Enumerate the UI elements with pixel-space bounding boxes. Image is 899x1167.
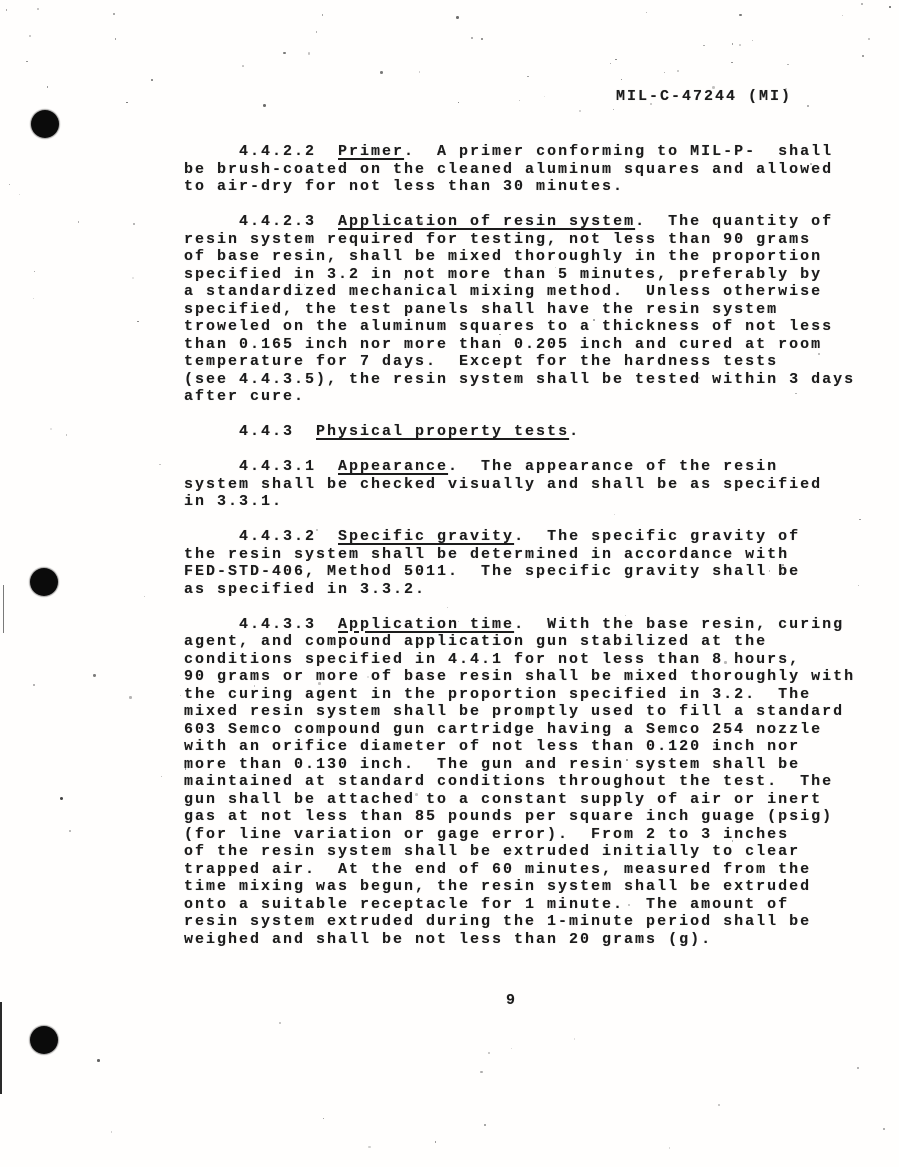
text-line: resin system required for testing, not l… [184, 231, 855, 249]
noise-speck [488, 1052, 490, 1054]
noise-speck [621, 79, 622, 80]
document-body: 4.4.2.2 Primer. A primer conforming to M… [184, 143, 855, 948]
text-line: to air-dry for not less than 30 minutes. [184, 178, 855, 196]
scanned-document-page: MIL-C-47244 (MI) 4.4.2.2 Primer. A prime… [0, 0, 899, 1167]
paragraph-4.4.3: 4.4.3 Physical property tests. [184, 423, 855, 441]
noise-speck [471, 37, 473, 39]
noise-speck [66, 434, 67, 435]
noise-speck [842, 15, 843, 16]
scan-edge-artifact [0, 1002, 2, 1094]
underlined-heading: Appearance [338, 458, 448, 475]
underlined-heading: Specific gravity [338, 528, 514, 545]
noise-speck [137, 321, 138, 322]
noise-speck [129, 696, 131, 698]
noise-speck [47, 86, 48, 87]
text-line: temperature for 7 days. Except for the h… [184, 353, 855, 371]
noise-speck [111, 1131, 113, 1133]
noise-speck [739, 44, 741, 46]
noise-speck [279, 1022, 281, 1024]
hole-punch-mark-bottom [30, 1026, 58, 1054]
text-line: conditions specified in 4.4.1 for not le… [184, 651, 855, 669]
noise-speck [889, 6, 891, 8]
hole-punch-mark-top [31, 110, 59, 138]
noise-speck [859, 519, 861, 521]
noise-speck [883, 1128, 885, 1130]
noise-speck [69, 830, 71, 832]
noise-speck [97, 1059, 100, 1062]
noise-speck [527, 76, 528, 77]
noise-speck [404, 278, 405, 279]
text-line: more than 0.130 inch. The gun and resin … [184, 756, 855, 774]
text-line: of the resin system shall be extruded in… [184, 843, 855, 861]
text-line: gun shall be attached to a constant supp… [184, 791, 855, 809]
text-line: mixed resin system shall be promptly use… [184, 703, 855, 721]
noise-speck [593, 319, 595, 321]
noise-speck [752, 40, 753, 41]
noise-speck [769, 570, 770, 571]
noise-speck [650, 103, 652, 105]
noise-speck [477, 936, 478, 937]
noise-speck [50, 428, 52, 430]
noise-speck [78, 221, 79, 222]
text-line: system shall be checked visually and sha… [184, 476, 855, 494]
noise-speck [435, 1141, 437, 1143]
noise-speck [159, 464, 160, 465]
noise-speck [857, 1067, 859, 1069]
noise-speck [574, 1038, 575, 1039]
text-line: 4.4.2.2 Primer. A primer conforming to M… [184, 143, 855, 161]
noise-speck [161, 776, 162, 777]
noise-speck [732, 43, 734, 45]
noise-speck [573, 292, 575, 294]
noise-speck [180, 695, 181, 696]
page-number: 9 [506, 992, 517, 1009]
text-line: maintained at standard conditions throug… [184, 773, 855, 791]
document-id-header: MIL-C-47244 (MI) [616, 88, 792, 105]
noise-speck [60, 797, 63, 800]
noise-speck [519, 100, 520, 101]
text-line: 90 grams or more of base resin shall be … [184, 668, 855, 686]
paragraph-4.4.3.2: 4.4.3.2 Specific gravity. The specific g… [184, 528, 855, 598]
noise-speck [664, 72, 665, 73]
noise-speck [144, 596, 145, 597]
noise-speck [133, 223, 136, 226]
noise-speck [34, 271, 35, 272]
text-line: the curing agent in the proportion speci… [184, 686, 855, 704]
text-line: 4.4.3 Physical property tests. [184, 423, 855, 441]
paragraph-4.4.2.2: 4.4.2.2 Primer. A primer conforming to M… [184, 143, 855, 196]
noise-speck [613, 109, 614, 110]
noise-speck [480, 1071, 483, 1074]
noise-speck [610, 63, 611, 64]
noise-speck [544, 96, 545, 97]
text-line: of base resin, shall be mixed thoroughly… [184, 248, 855, 266]
text-line: onto a suitable receptacle for 1 minute.… [184, 896, 855, 914]
noise-speck [318, 682, 321, 685]
text-line: weighed and shall be not less than 20 gr… [184, 931, 855, 949]
text-line: 4.4.3.3 Application time. With the base … [184, 616, 855, 634]
text-line: agent, and compound application gun stab… [184, 633, 855, 651]
noise-speck [9, 184, 10, 185]
noise-speck [419, 71, 420, 72]
noise-speck [33, 298, 34, 299]
text-line: time mixing was begun, the resin system … [184, 878, 855, 896]
noise-speck [615, 59, 617, 61]
text-line: be brush-coated on the cleaned aluminum … [184, 161, 855, 179]
underlined-heading: Primer [338, 143, 404, 160]
noise-speck [718, 1104, 720, 1106]
text-line: the resin system shall be determined in … [184, 546, 855, 564]
noise-speck [626, 759, 628, 761]
paragraph-4.4.3.3: 4.4.3.3 Application time. With the base … [184, 616, 855, 949]
paragraph-4.4.2.3: 4.4.2.3 Application of resin system. The… [184, 213, 855, 406]
noise-speck [677, 70, 679, 72]
text-line: 4.4.3.2 Specific gravity. The specific g… [184, 528, 855, 546]
noise-speck [283, 52, 286, 55]
noise-speck [113, 13, 115, 15]
noise-speck [115, 38, 117, 40]
noise-speck [19, 194, 21, 196]
noise-speck [795, 393, 796, 394]
text-line: FED-STD-406, Method 5011. The specific g… [184, 563, 855, 581]
text-line: 4.4.3.1 Appearance. The appearance of th… [184, 458, 855, 476]
noise-speck [322, 14, 323, 15]
noise-speck [868, 38, 870, 40]
noise-speck [151, 79, 153, 81]
text-line: than 0.165 inch nor more than 0.205 inch… [184, 336, 855, 354]
noise-speck [308, 52, 310, 54]
noise-speck [712, 86, 715, 89]
text-line: as specified in 3.3.2. [184, 581, 855, 599]
noise-speck [126, 102, 128, 104]
noise-speck [368, 1146, 370, 1148]
text-line: gas at not less than 85 pounds per squar… [184, 808, 855, 826]
text-line: with an orifice diameter of not less tha… [184, 738, 855, 756]
noise-speck [698, 377, 700, 379]
underlined-heading: Application time [338, 616, 514, 633]
text-line: troweled on the aluminum squares to a th… [184, 318, 855, 336]
text-line: trapped air. At the end of 60 minutes, m… [184, 861, 855, 879]
text-line: a standardized mechanical mixing method.… [184, 283, 855, 301]
noise-speck [263, 104, 266, 107]
underlined-heading: Physical property tests [316, 423, 569, 440]
noise-speck [787, 64, 789, 66]
underlined-heading: Application of resin system [338, 213, 635, 230]
noise-speck [6, 9, 8, 11]
noise-speck [862, 55, 864, 57]
noise-speck [29, 35, 31, 37]
noise-speck [739, 14, 741, 16]
noise-speck [415, 793, 418, 796]
noise-speck [93, 674, 95, 676]
text-line: 4.4.2.3 Application of resin system. The… [184, 213, 855, 231]
noise-speck [511, 1048, 512, 1049]
text-line: resin system extruded during the 1-minut… [184, 913, 855, 931]
noise-speck [481, 38, 483, 40]
noise-speck [420, 221, 422, 223]
noise-speck [456, 16, 459, 19]
text-line: (see 4.4.3.5), the resin system shall be… [184, 371, 855, 389]
noise-speck [26, 61, 27, 62]
hole-punch-mark-middle [30, 568, 58, 596]
scan-edge-artifact [3, 585, 4, 633]
text-line: 603 Semco compound gun cartridge having … [184, 721, 855, 739]
noise-speck [858, 585, 859, 586]
text-line: specified, the test panels shall have th… [184, 301, 855, 319]
text-line: in 3.3.1. [184, 493, 855, 511]
noise-speck [33, 684, 35, 686]
noise-speck [211, 271, 213, 273]
paragraph-4.4.3.1: 4.4.3.1 Appearance. The appearance of th… [184, 458, 855, 511]
text-line: after cure. [184, 388, 855, 406]
noise-speck [380, 71, 383, 74]
noise-speck [807, 105, 809, 107]
noise-speck [669, 1147, 671, 1149]
noise-speck [731, 62, 733, 64]
noise-speck [323, 1118, 324, 1119]
text-line: specified in 3.2 in not more than 5 minu… [184, 266, 855, 284]
noise-speck [818, 353, 819, 354]
noise-speck [499, 334, 501, 336]
text-line: (for line variation or gage error). From… [184, 826, 855, 844]
noise-speck [579, 110, 581, 112]
noise-speck [484, 1124, 486, 1126]
noise-speck [316, 31, 317, 32]
noise-speck [37, 8, 38, 9]
noise-speck [242, 65, 244, 67]
noise-speck [132, 277, 134, 279]
noise-speck [458, 102, 459, 103]
noise-speck [861, 3, 863, 5]
noise-speck [724, 661, 726, 663]
noise-speck [785, 88, 786, 89]
noise-speck [703, 45, 705, 47]
noise-speck [646, 12, 647, 13]
